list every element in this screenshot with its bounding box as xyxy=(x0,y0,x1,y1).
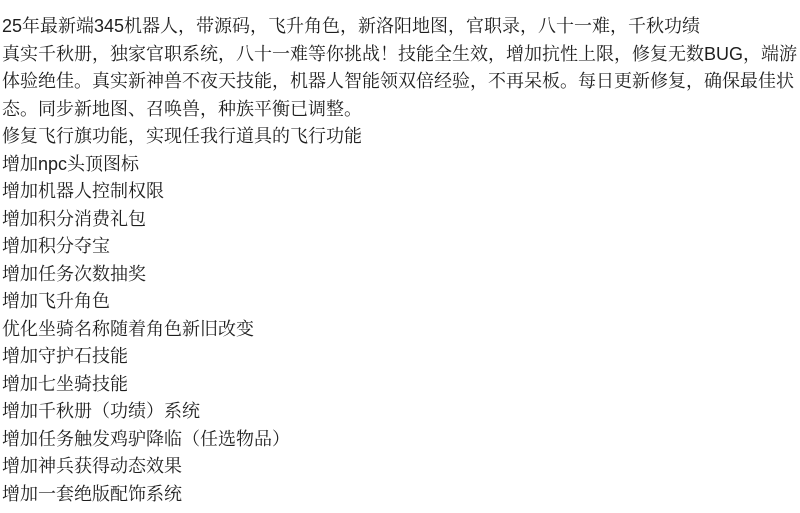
text-line: 态。同步新地图、召唤兽，种族平衡已调整。 xyxy=(2,96,800,124)
text-line: 增加七坐骑技能 xyxy=(2,371,800,399)
text-line: 25年最新端345机器人，带源码，飞升角色，新洛阳地图，官职录，八十一难，千秋功… xyxy=(2,13,800,41)
text-line: 增加任务触发鸡驴降临（任选物品） xyxy=(2,426,800,454)
text-line: 修复飞行旗功能，实现任我行道具的飞行功能 xyxy=(2,123,800,151)
text-line: 优化坐骑名称随着角色新旧改变 xyxy=(2,316,800,344)
text-line: 增加千秋册（功绩）系统 xyxy=(2,398,800,426)
text-line: 增加积分夺宝 xyxy=(2,233,800,261)
text-line: 增加飞升角色 xyxy=(2,288,800,316)
text-line: 增加积分消费礼包 xyxy=(2,206,800,234)
text-line: 增加任务次数抽奖 xyxy=(2,261,800,289)
text-line: 体验绝佳。真实新神兽不夜天技能，机器人智能领双倍经验，不再呆板。每日更新修复，确… xyxy=(2,68,800,96)
text-line: 真实千秋册，独家官职系统，八十一难等你挑战！技能全生效，增加抗性上限，修复无数B… xyxy=(2,41,800,69)
text-line: 增加npc头顶图标 xyxy=(2,151,800,179)
text-line: 增加机器人控制权限 xyxy=(2,178,800,206)
text-line: 增加神兵获得动态效果 xyxy=(2,453,800,481)
changelog-document: 25年最新端345机器人，带源码，飞升角色，新洛阳地图，官职录，八十一难，千秋功… xyxy=(2,13,800,508)
text-line: 增加一套绝版配饰系统 xyxy=(2,481,800,509)
text-line: 增加守护石技能 xyxy=(2,343,800,371)
